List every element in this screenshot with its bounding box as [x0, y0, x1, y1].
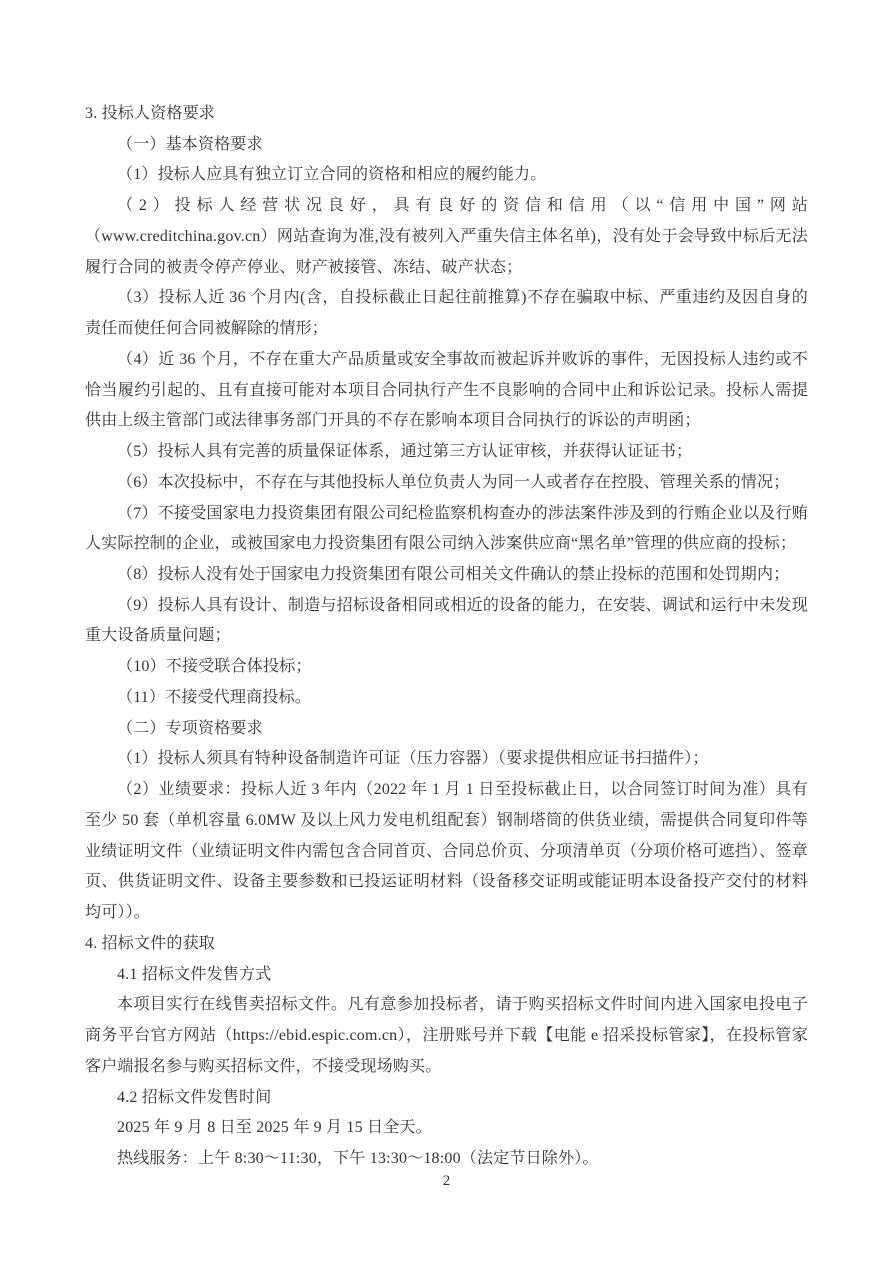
special-requirements-heading: （二）专项资格要求: [85, 714, 808, 745]
special-requirement-2: （2）业绩要求：投标人近 3 年内（2022 年 1 月 1 日至投标截止日，以…: [85, 775, 808, 929]
basic-requirement-11: （11）不接受代理商投标。: [85, 683, 808, 714]
section-4-1-heading: 4.1 招标文件发售方式: [85, 960, 808, 991]
section-4-1-body: 本项目实行在线售卖招标文件。凡有意参加投标者，请于购买招标文件时间内进入国家电投…: [85, 990, 808, 1082]
basic-requirement-8: （8）投标人没有处于国家电力投资集团有限公司相关文件确认的禁止投标的范围和处罚期…: [85, 560, 808, 591]
basic-requirement-2: （2）投标人经营状况良好，具有良好的资信和信用（以“信用中国”网站（www.cr…: [85, 191, 808, 283]
basic-requirements-heading: （一）基本资格要求: [85, 130, 808, 161]
page-number: 2: [443, 1173, 451, 1189]
basic-requirement-1: （1）投标人应具有独立订立合同的资格和相应的履约能力。: [85, 160, 808, 191]
basic-requirement-5: （5）投标人具有完善的质量保证体系，通过第三方认证审核，并获得认证证书；: [85, 437, 808, 468]
section-4-2-heading: 4.2 招标文件发售时间: [85, 1083, 808, 1114]
section-4-2-dates: 2025 年 9 月 8 日至 2025 年 9 月 15 日全天。: [85, 1113, 808, 1144]
page-footer: 2: [0, 1170, 893, 1192]
basic-requirement-9: （9）投标人具有设计、制造与招标设备相同或相近的设备的能力，在安装、调试和运行中…: [85, 591, 808, 652]
document-page: 3. 投标人资格要求 （一）基本资格要求 （1）投标人应具有独立订立合同的资格和…: [0, 0, 893, 1268]
basic-requirement-4: （4）近 36 个月，不存在重大产品质量或安全事故而被起诉并败诉的事件，无因投标…: [85, 345, 808, 437]
basic-requirement-7: （7）不接受国家电力投资集团有限公司纪检监察机构查办的涉法案件涉及到的行贿企业以…: [85, 499, 808, 560]
special-requirement-1: （1）投标人须具有特种设备制造许可证（压力容器）（要求提供相应证书扫描件）；: [85, 744, 808, 775]
basic-requirement-6: （6）本次投标中，不存在与其他投标人单位负责人为同一人或者存在控股、管理关系的情…: [85, 468, 808, 499]
basic-requirement-3: （3）投标人近 36 个月内(含，自投标截止日起往前推算)不存在骗取中标、严重违…: [85, 283, 808, 344]
section-3-heading: 3. 投标人资格要求: [85, 99, 808, 130]
document-body: 3. 投标人资格要求 （一）基本资格要求 （1）投标人应具有独立订立合同的资格和…: [85, 99, 808, 1175]
basic-requirement-10: （10）不接受联合体投标；: [85, 652, 808, 683]
section-4-heading: 4. 招标文件的获取: [85, 929, 808, 960]
